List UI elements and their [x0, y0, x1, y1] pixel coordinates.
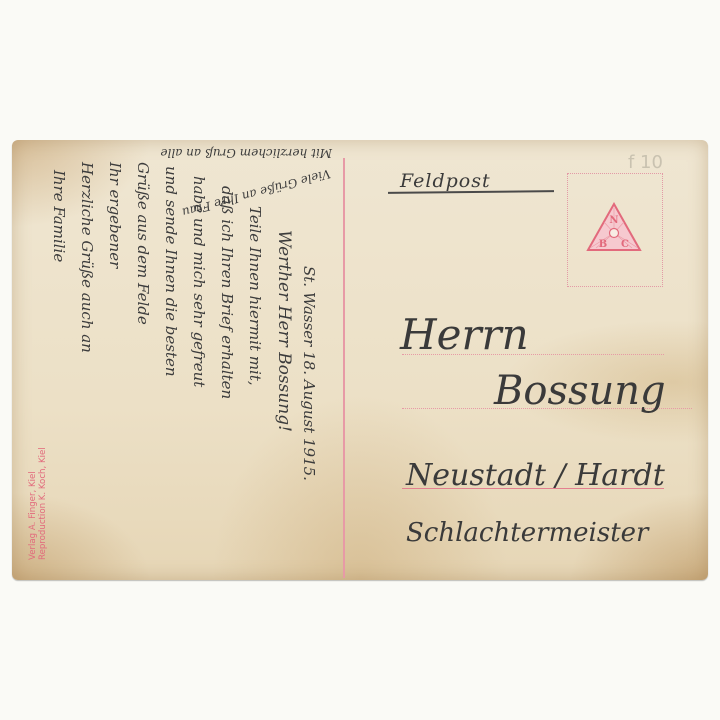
message-line: Teile Ihnen hiermit mit,: [246, 206, 264, 386]
svg-text:N: N: [609, 215, 618, 226]
svg-text:C: C: [621, 239, 629, 250]
message-line: Ihre Familie: [50, 170, 68, 262]
message-top-margin: Mit herzlichem Gruß an alle: [160, 146, 332, 160]
nbc-triangle-logo-icon: N B C: [586, 202, 642, 252]
message-line: und sende Ihnen die besten: [162, 166, 180, 377]
address-salutation: Herrn: [400, 310, 529, 359]
message-line: daß ich Ihren Brief erhalten: [218, 186, 236, 399]
feldpost-label: Feldpost: [400, 170, 491, 192]
message-date-line: St. Wasser 18. August 1915.: [300, 266, 318, 481]
message-line: Ihr ergebener: [106, 162, 124, 268]
handwritten-message: St. Wasser 18. August 1915. Werther Herr…: [32, 146, 337, 576]
message-line: Grüße aus dem Felde: [134, 162, 152, 325]
publisher-imprint: Verlag A. Finger, Kiel Reproduction K. K…: [28, 447, 48, 560]
center-divider: [343, 158, 345, 578]
message-line: Herzliche Grüße auch an: [78, 162, 96, 353]
postcard: St. Wasser 18. August 1915. Werther Herr…: [12, 140, 708, 580]
address-occupation: Schlachtermeister: [406, 518, 648, 548]
address-name: Bossung: [494, 368, 666, 414]
publisher-line: Verlag A. Finger, Kiel: [28, 447, 38, 560]
feldpost-underline: [388, 190, 554, 194]
message-line: Werther Herr Bossung!: [274, 230, 294, 432]
svg-text:B: B: [599, 239, 607, 250]
pencil-price-mark: f 10: [628, 152, 663, 173]
reproduction-line: Reproduction K. Koch, Kiel: [38, 447, 48, 560]
address-city: Neustadt / Hardt: [406, 458, 665, 493]
